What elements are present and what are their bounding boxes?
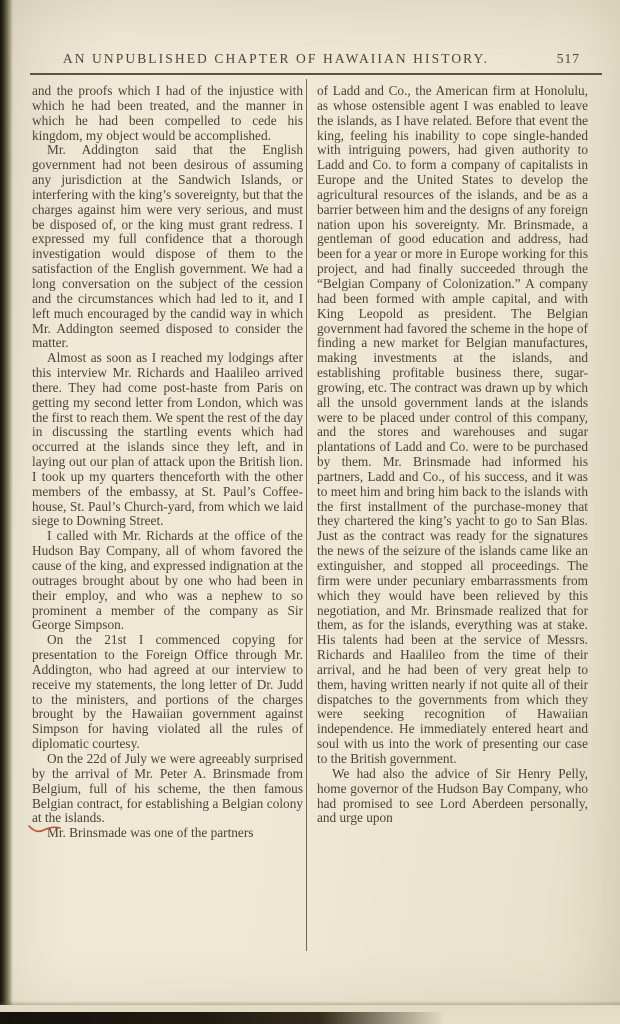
right-text-column: of Ladd and Co., the American firm at Ho… xyxy=(317,84,588,826)
header-rule xyxy=(30,73,602,75)
running-head: AN UNPUBLISHED CHAPTER OF HAWAIIAN HISTO… xyxy=(30,51,602,71)
left-text-column: and the proofs which I had of the injust… xyxy=(32,84,303,841)
page-number: 517 xyxy=(557,51,580,67)
paragraph: On the 22d of July we were agreeably sur… xyxy=(32,752,303,826)
bottom-shadow-band xyxy=(0,1012,445,1024)
paragraph-text: Mr. Brinsmade was one of the partners xyxy=(47,825,253,840)
paragraph: We had also the advice of Sir Henry Pell… xyxy=(317,767,588,826)
paragraph: and the proofs which I had of the injust… xyxy=(32,84,303,143)
paragraph: of Ladd and Co., the American firm at Ho… xyxy=(317,84,588,767)
chapter-title: AN UNPUBLISHED CHAPTER OF HAWAIIAN HISTO… xyxy=(30,51,522,67)
book-binding-gutter xyxy=(0,0,13,1024)
paragraph: Mr. Brinsmade was one of the partners xyxy=(32,826,303,841)
paragraph: Mr. Addington said that the English gove… xyxy=(32,143,303,351)
paragraph: I called with Mr. Richards at the office… xyxy=(32,529,303,633)
paragraph: Almost as soon as I reached my lodgings … xyxy=(32,351,303,529)
paragraph: On the 21st I commenced copying for pres… xyxy=(32,633,303,752)
column-divider-rule xyxy=(306,79,307,951)
scanned-book-page: AN UNPUBLISHED CHAPTER OF HAWAIIAN HISTO… xyxy=(0,0,620,1024)
